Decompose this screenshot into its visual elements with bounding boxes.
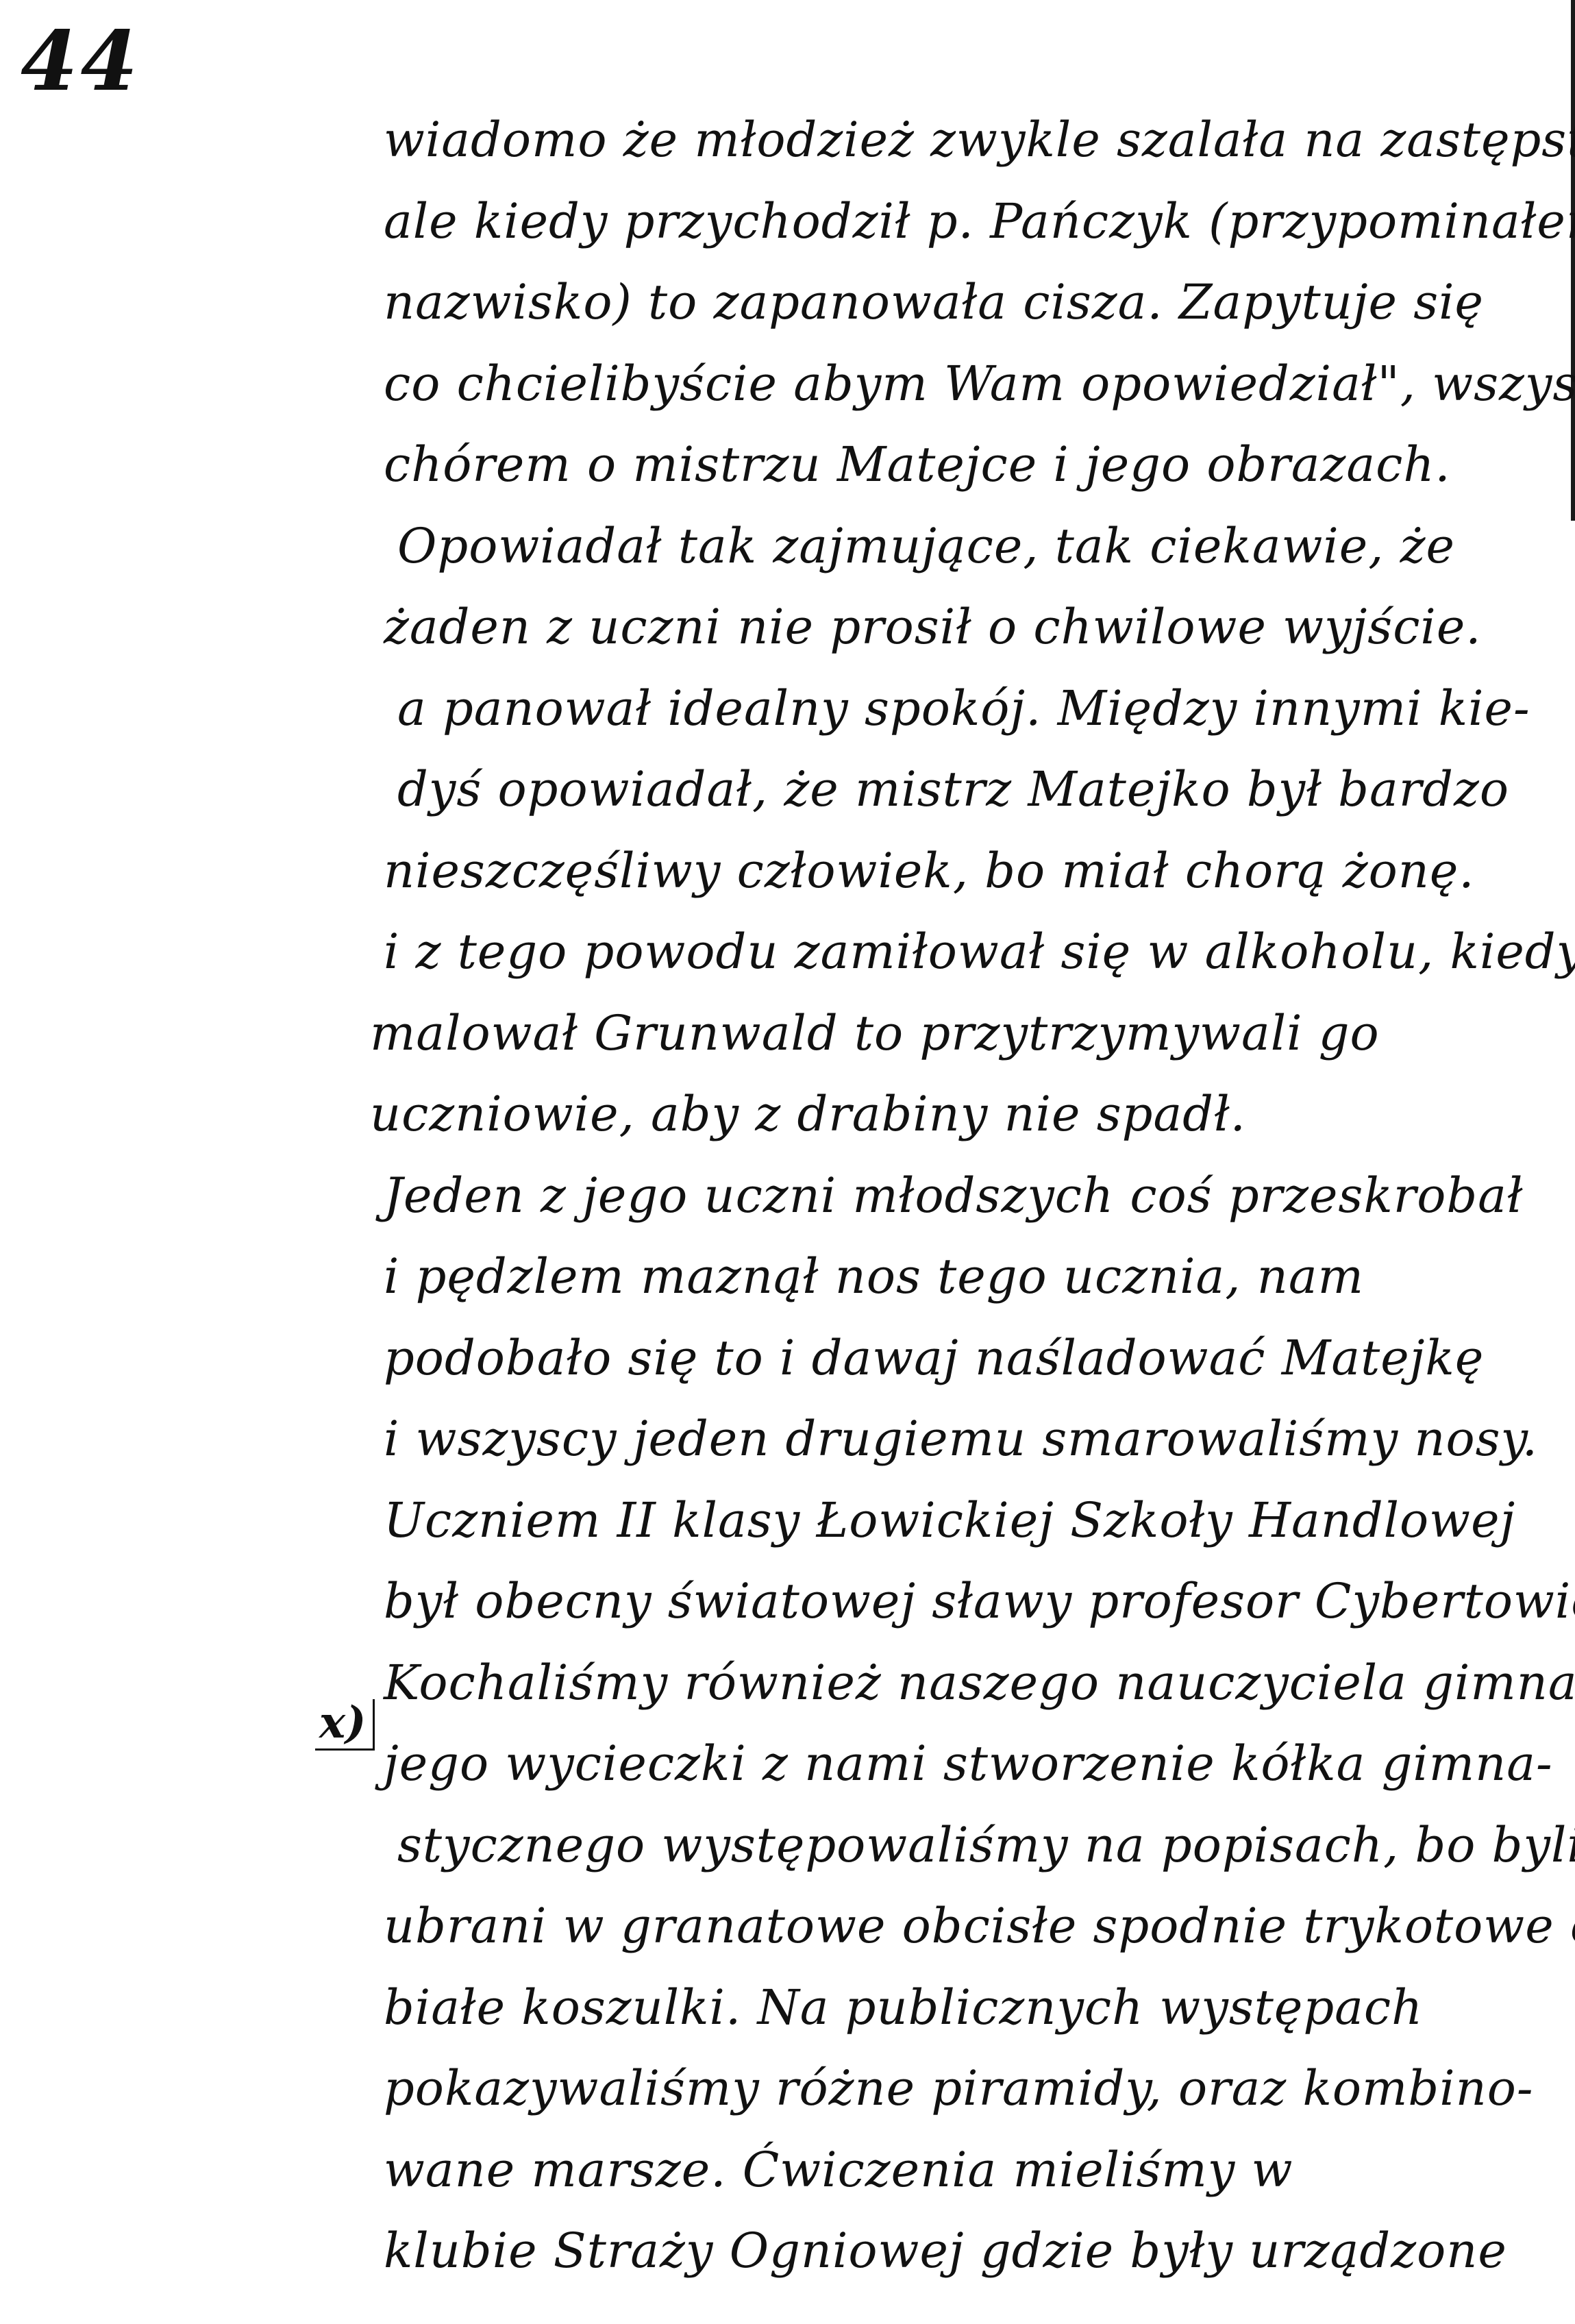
text-line: nieszczęśliwy człowiek, bo miał chorą żo…: [384, 830, 1548, 912]
text-line: klubie Straży Ogniowej gdzie były urządz…: [384, 2210, 1548, 2292]
text-line: chórem o mistrzu Matejce i jego obrazach…: [384, 424, 1548, 506]
text-line: był obecny światowej sławy profesor Cybe…: [384, 1561, 1548, 1642]
text-line: ubrani w granatowe obcisłe spodnie tryko…: [384, 1886, 1548, 1967]
text-line: wiadomo że młodzież zwykle szalała na za…: [384, 99, 1548, 181]
text-line: i wszyscy jeden drugiemu smarowaliśmy no…: [384, 1398, 1548, 1480]
text-line: wane marsze. Ćwiczenia mieliśmy w: [384, 2129, 1548, 2211]
text-line: a panował idealny spokój. Między innymi …: [384, 668, 1548, 750]
page-number: 44: [21, 21, 140, 103]
text-line: i pędzlem maznął nos tego ucznia, nam: [384, 1236, 1548, 1318]
text-line: malował Grunwald to przytrzymywali go: [370, 993, 1548, 1074]
text-line: pokazywaliśmy różne piramidy, oraz kombi…: [384, 2048, 1548, 2129]
margin-annotation-mark: x): [315, 1699, 375, 1751]
text-line: i z tego powodu zamiłował się w alkoholu…: [384, 911, 1548, 993]
page-edge-shadow: [1571, 0, 1575, 521]
text-line: Kochaliśmy również naszego nauczyciela g…: [384, 1642, 1548, 1724]
text-line: dyś opowiadał, że mistrz Matejko był bar…: [384, 749, 1548, 830]
text-line: żaden z uczni nie prosił o chwilowe wyjś…: [384, 586, 1548, 668]
text-line: Opowiadał tak zajmujące, tak ciekawie, ż…: [384, 506, 1548, 587]
text-line: jego wycieczki z nami stworzenie kółka g…: [384, 1723, 1548, 1805]
text-line: nazwisko) to zapanowała cisza. Zapytuje …: [384, 262, 1548, 343]
text-line: Jeden z jego uczni młodszych coś przeskr…: [384, 1155, 1548, 1237]
text-line: ale kiedy przychodził p. Pańczyk (przypo…: [384, 181, 1548, 262]
text-line: stycznego występowaliśmy na popisach, bo…: [384, 1805, 1548, 1886]
handwritten-page: 44 x) wiadomo że młodzież zwykle szalała…: [0, 0, 1575, 2324]
text-line: co chcielibyście abym Wam opowiedział", …: [384, 343, 1548, 425]
text-line: Uczniem II klasy Łowickiej Szkoły Handlo…: [384, 1480, 1548, 1561]
text-line: białe koszulki. Na publicznych występach: [384, 1967, 1548, 2049]
handwritten-text-body: wiadomo że młodzież zwykle szalała na za…: [384, 99, 1548, 2292]
text-line: uczniowie, aby z drabiny nie spadł.: [370, 1074, 1548, 1155]
text-line: podobało się to i dawaj naśladować Matej…: [384, 1318, 1548, 1399]
